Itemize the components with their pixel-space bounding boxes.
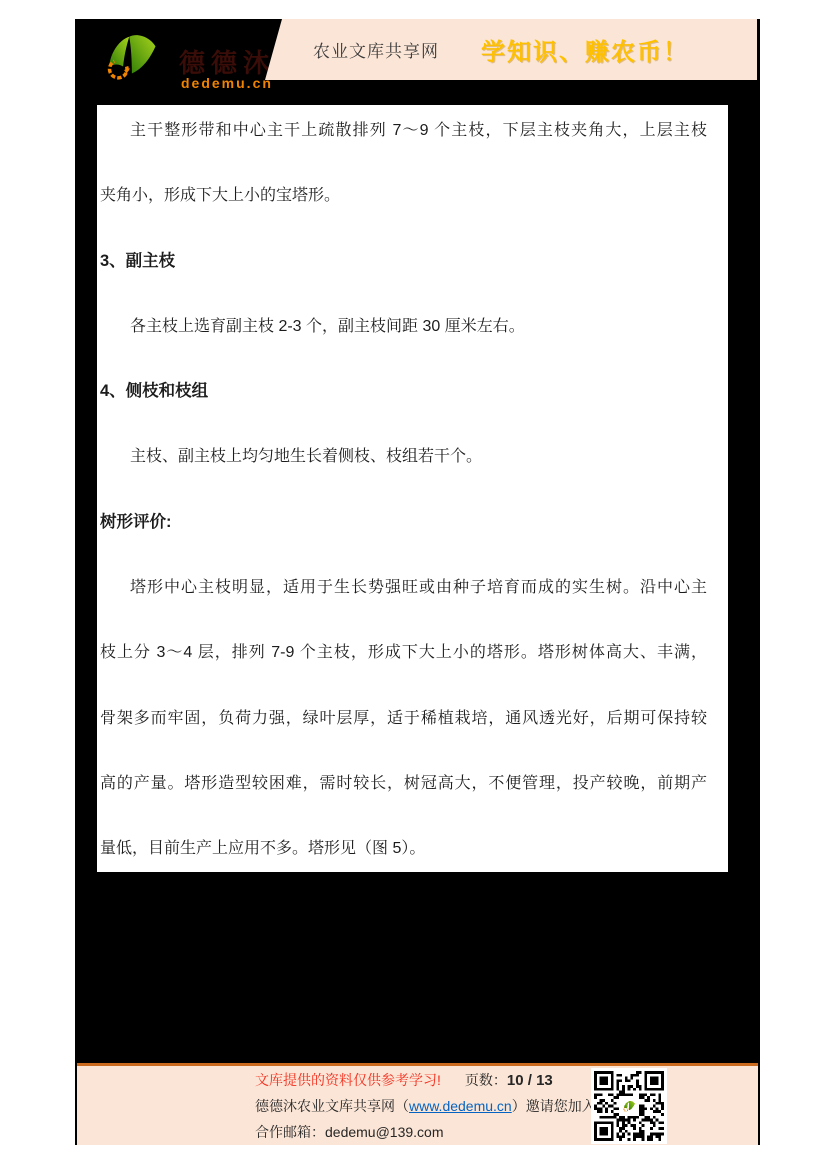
site-link[interactable]: www.dedemu.cn xyxy=(409,1098,512,1114)
page-count-label: 页数： xyxy=(465,1072,507,1088)
document-dark-frame: 德德沐 dedemu.cn 农业文库共享网 学知识、赚农币！ 主干整形带和中心主… xyxy=(75,19,760,1145)
text-line: 高的产量。塔形造型较困难，需时较长，树冠高大，不便管理，投产较晚，前期产 xyxy=(100,751,707,816)
logo-bird-icon xyxy=(103,31,159,81)
qr-code-image xyxy=(594,1071,664,1141)
footer-bar: 文库提供的资料仅供参考学习!页数：10 / 13 德德沐农业文库共享网（www.… xyxy=(77,1063,758,1145)
qr-code xyxy=(591,1068,667,1144)
text-line: 3、副主枝 xyxy=(100,229,707,294)
header-banner: 农业文库共享网 学知识、赚农币！ xyxy=(265,19,757,80)
text-line: 主枝、副主枝上均匀地生长着侧枝、枝组若干个。 xyxy=(100,424,707,489)
text-line: 4、侧枝和枝组 xyxy=(100,359,707,424)
footer-line-2: 德德沐农业文库共享网（www.dedemu.cn）邀请您加入☞ xyxy=(255,1093,577,1119)
text-line: 主干整形带和中心主干上疏散排列 7～9 个主枝，下层主枝夹角大，上层主枝 xyxy=(100,105,707,163)
footer-text: 文库提供的资料仅供参考学习!页数：10 / 13 德德沐农业文库共享网（www.… xyxy=(255,1067,577,1145)
site-name: 农业文库共享网 xyxy=(313,37,439,62)
text-line: 骨架多而牢固，负荷力强，绿叶层厚，适于稀植栽培，通风透光好，后期可保持较 xyxy=(100,686,707,751)
text-line: 树形评价: xyxy=(100,490,707,555)
text-line: 各主枝上选育副主枝 2-3 个，副主枝间距 30 厘米左右。 xyxy=(100,294,707,359)
text-line: 枝上分 3～4 层，排列 7-9 个主枝，形成下大上小的塔形。塔形树体高大、丰满… xyxy=(100,620,707,685)
footer-line-1: 文库提供的资料仅供参考学习!页数：10 / 13 xyxy=(255,1067,577,1093)
document-content: 主干整形带和中心主干上疏散排列 7～9 个主枝，下层主枝夹角大，上层主枝夹角小，… xyxy=(97,105,728,872)
contact-email: 合作邮箱：dedemu@139.com xyxy=(255,1119,577,1145)
text-line: 量低，目前生产上应用不多。塔形见（图 5）。 xyxy=(100,816,707,872)
site-slogan: 学知识、赚农币！ xyxy=(481,32,689,67)
logo-brand-domain: dedemu.cn xyxy=(181,75,273,91)
invite-prefix: 德德沐农业文库共享网（ xyxy=(255,1098,409,1114)
document-text: 主干整形带和中心主干上疏散排列 7～9 个主枝，下层主枝夹角大，上层主枝夹角小，… xyxy=(97,105,728,872)
page-count-value: 10 / 13 xyxy=(507,1072,553,1089)
page-sheet: 德德沐 dedemu.cn 农业文库共享网 学知识、赚农币！ 主干整形带和中心主… xyxy=(0,0,827,1169)
text-line: 夹角小，形成下大上小的宝塔形。 xyxy=(100,163,707,228)
text-line: 塔形中心主枝明显，适用于生长势强旺或由种子培育而成的实生树。沿中心主 xyxy=(100,555,707,620)
disclaimer-text: 文库提供的资料仅供参考学习! xyxy=(255,1072,441,1088)
